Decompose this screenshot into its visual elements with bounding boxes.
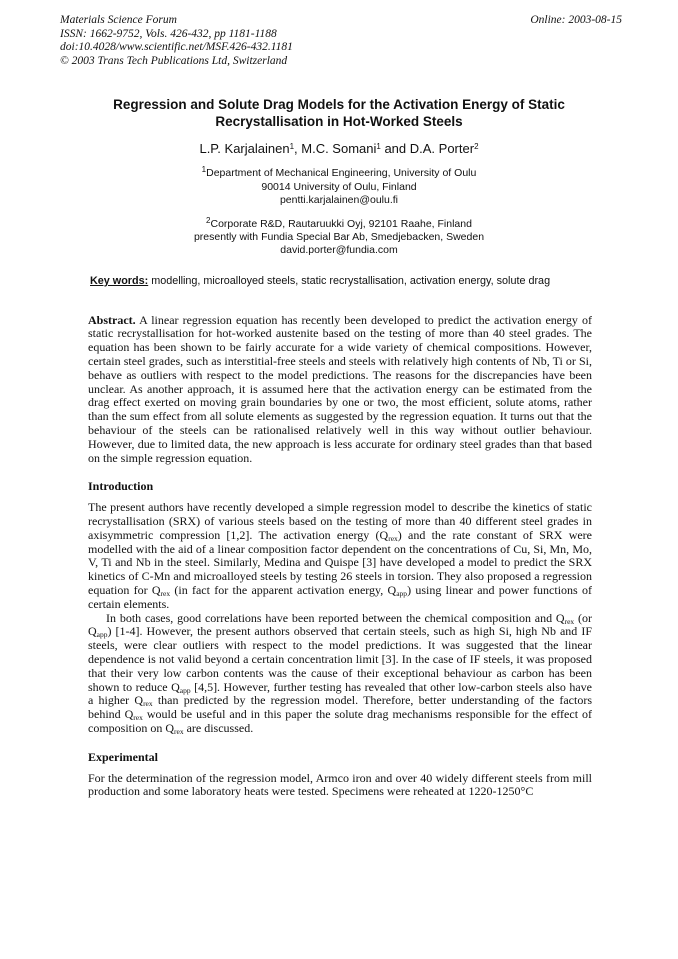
abstract-paragraph: Abstract. A linear regression equation h… [88, 314, 592, 466]
paper-title: Regression and Solute Drag Models for th… [104, 96, 574, 130]
abstract-text: A linear regression equation has recentl… [88, 313, 592, 465]
journal-header-left: Materials Science Forum ISSN: 1662-9752,… [60, 14, 293, 68]
journal-header: Materials Science Forum ISSN: 1662-9752,… [0, 0, 678, 68]
affiliation-2-line-1: 2Corporate R&D, Rautaruukki Oyj, 92101 R… [0, 218, 678, 231]
affiliation-2: 2Corporate R&D, Rautaruukki Oyj, 92101 R… [0, 218, 678, 258]
introduction-paragraph-2: In both cases, good correlations have be… [88, 612, 592, 736]
section-heading-experimental: Experimental [88, 751, 592, 765]
section-heading-introduction: Introduction [88, 480, 592, 494]
online-date: Online: 2003-08-15 [530, 14, 622, 28]
introduction-paragraph-1: The present authors have recently develo… [88, 501, 592, 611]
issn-line: ISSN: 1662-9752, Vols. 426-432, pp 1181-… [60, 28, 293, 42]
affiliation-1-line-2: 90014 University of Oulu, Finland [0, 181, 678, 194]
authors-line: L.P. Karjalainen1, M.C. Somani1 and D.A.… [0, 141, 678, 156]
paper-body: Abstract. A linear regression equation h… [88, 314, 592, 800]
experimental-paragraph-1: For the determination of the regression … [88, 772, 592, 800]
abstract-label: Abstract. [88, 313, 136, 327]
keywords-text: modelling, microalloyed steels, static r… [148, 275, 550, 287]
affiliation-1-line-1: 1Department of Mechanical Engineering, U… [0, 167, 678, 180]
affiliation-1: 1Department of Mechanical Engineering, U… [0, 167, 678, 207]
affiliation-2-email: david.porter@fundia.com [0, 244, 678, 257]
journal-name: Materials Science Forum [60, 14, 293, 28]
keywords-label: Key words: [90, 275, 148, 287]
copyright-line: © 2003 Trans Tech Publications Ltd, Swit… [60, 55, 293, 69]
affiliation-1-email: pentti.karjalainen@oulu.fi [0, 194, 678, 207]
keywords-line: Key words: modelling, microalloyed steel… [90, 275, 592, 288]
doi-line: doi:10.4028/www.scientific.net/MSF.426-4… [60, 41, 293, 55]
affiliation-2-line-2: presently with Fundia Special Bar Ab, Sm… [0, 231, 678, 244]
paper-page: Materials Science Forum ISSN: 1662-9752,… [0, 0, 678, 959]
